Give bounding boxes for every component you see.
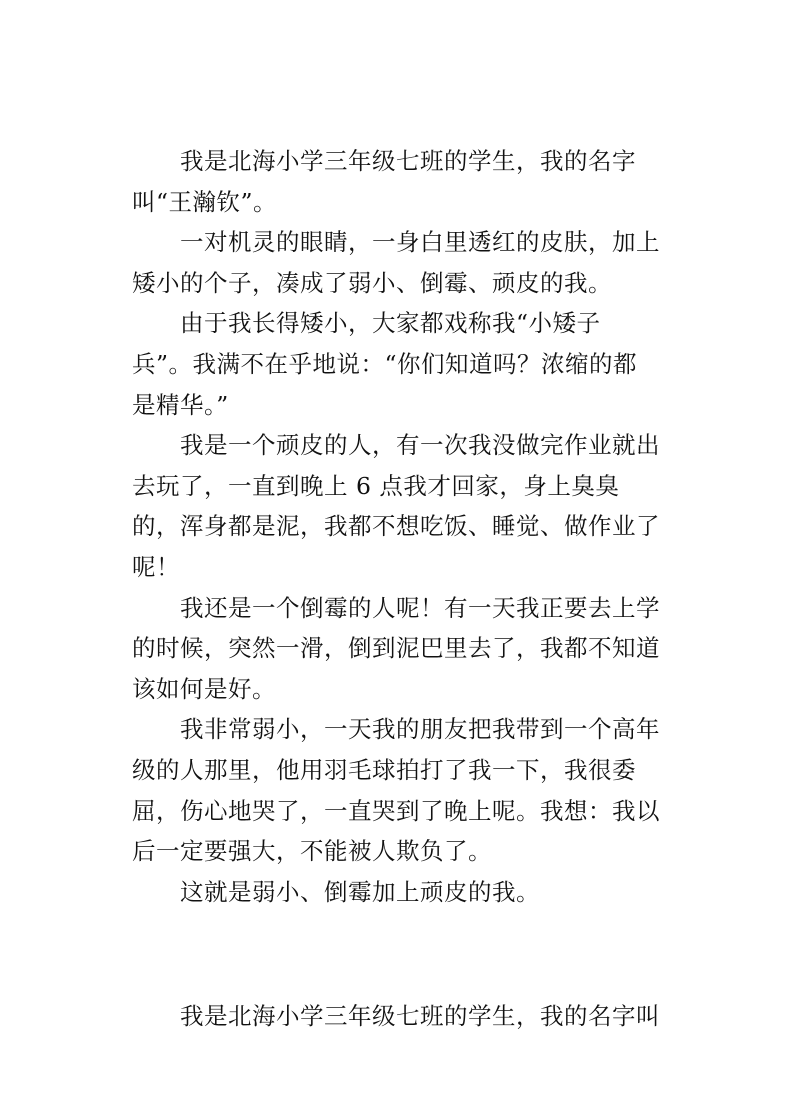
paragraph-intro-repeat: 我是北海小学三年级七班的学生，我的名字叫: [132, 996, 660, 1037]
document-body-repeat: 我是北海小学三年级七班的学生，我的名字叫: [132, 996, 660, 1037]
paragraph-appearance: 一对机灵的眼睛，一身白里透红的皮肤，加上矮小的个子，凑成了弱小、倒霉、顽皮的我。: [132, 222, 660, 303]
paragraph-weak: 我非常弱小，一天我的朋友把我带到一个高年级的人那里，他用羽毛球拍打了我一下，我很…: [132, 709, 660, 871]
paragraph-conclusion: 这就是弱小、倒霉加上顽皮的我。: [132, 872, 660, 913]
paragraph-intro: 我是北海小学三年级七班的学生，我的名字叫“王瀚钦”。: [132, 141, 660, 222]
paragraph-naughty: 我是一个顽皮的人，有一次我没做完作业就出去玩了，一直到晚上 6 点我才回家，身上…: [132, 425, 660, 587]
paragraph-nickname: 由于我长得矮小，大家都戏称我“小矮子兵”。我满不在乎地说：“你们知道吗？浓缩的都…: [132, 303, 660, 425]
document-body: 我是北海小学三年级七班的学生，我的名字叫“王瀚钦”。 一对机灵的眼睛，一身白里透…: [132, 141, 660, 912]
paragraph-unlucky: 我还是一个倒霉的人呢！有一天我正要去上学的时候，突然一滑，倒到泥巴里去了，我都不…: [132, 588, 660, 710]
